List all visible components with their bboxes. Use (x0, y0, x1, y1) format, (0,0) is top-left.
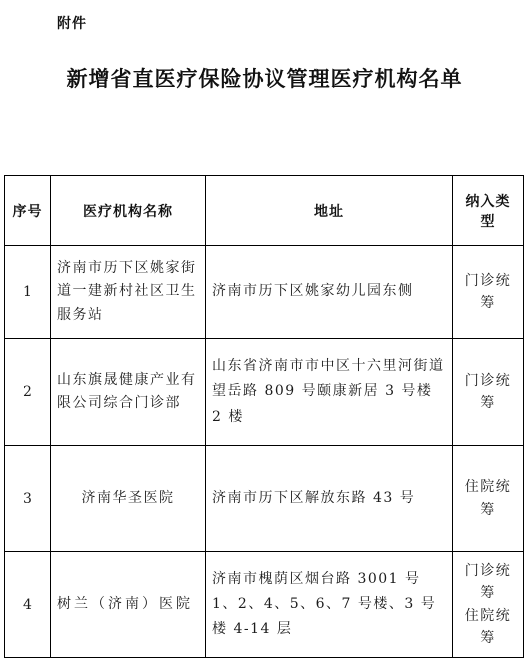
cell-serial: 1 (5, 246, 51, 339)
cell-inclusion-type: 住院统筹 (453, 446, 524, 552)
col-header-serial: 序号 (5, 176, 51, 246)
table-row: 2 山东旗晟健康产业有限公司综合门诊部 山东省济南市市中区十六里河街道望岳路 8… (5, 339, 524, 446)
cell-address: 济南市历下区姚家幼儿园东侧 (206, 246, 453, 339)
table-row: 4 树兰（济南）医院 济南市槐荫区烟台路 3001 号 1、2、4、5、6、7 … (5, 552, 524, 658)
table-row: 3 济南华圣医院 济南市历下区解放东路 43 号 住院统筹 (5, 446, 524, 552)
attachment-label: 附件 (57, 13, 87, 33)
cell-serial: 3 (5, 446, 51, 552)
cell-address: 济南市槐荫区烟台路 3001 号 1、2、4、5、6、7 号楼、3 号楼 4-1… (206, 552, 453, 658)
cell-inclusion-type: 门诊统筹 (453, 246, 524, 339)
cell-inclusion-type: 门诊统筹 (453, 339, 524, 446)
cell-inclusion-type: 门诊统筹 住院统筹 (453, 552, 524, 658)
cell-address: 山东省济南市市中区十六里河街道望岳路 809 号颐康新居 3 号楼 2 楼 (206, 339, 453, 446)
cell-institution-name: 济南华圣医院 (51, 446, 206, 552)
cell-institution-name: 山东旗晟健康产业有限公司综合门诊部 (51, 339, 206, 446)
cell-institution-name: 树兰（济南）医院 (51, 552, 206, 658)
cell-serial: 2 (5, 339, 51, 446)
col-header-institution-name: 医疗机构名称 (51, 176, 206, 246)
cell-serial: 4 (5, 552, 51, 658)
document-page: 附件 新增省直医疗保险协议管理医疗机构名单 序号 医疗机构名称 地址 纳入类型 … (0, 0, 529, 664)
table-row: 1 济南市历下区姚家街道一建新村社区卫生服务站 济南市历下区姚家幼儿园东侧 门诊… (5, 246, 524, 339)
institutions-table: 序号 医疗机构名称 地址 纳入类型 1 济南市历下区姚家街道一建新村社区卫生服务… (4, 175, 524, 658)
col-header-address: 地址 (206, 176, 453, 246)
col-header-inclusion-type: 纳入类型 (453, 176, 524, 246)
table-header-row: 序号 医疗机构名称 地址 纳入类型 (5, 176, 524, 246)
cell-institution-name: 济南市历下区姚家街道一建新村社区卫生服务站 (51, 246, 206, 339)
page-title: 新增省直医疗保险协议管理医疗机构名单 (0, 63, 529, 93)
cell-address: 济南市历下区解放东路 43 号 (206, 446, 453, 552)
